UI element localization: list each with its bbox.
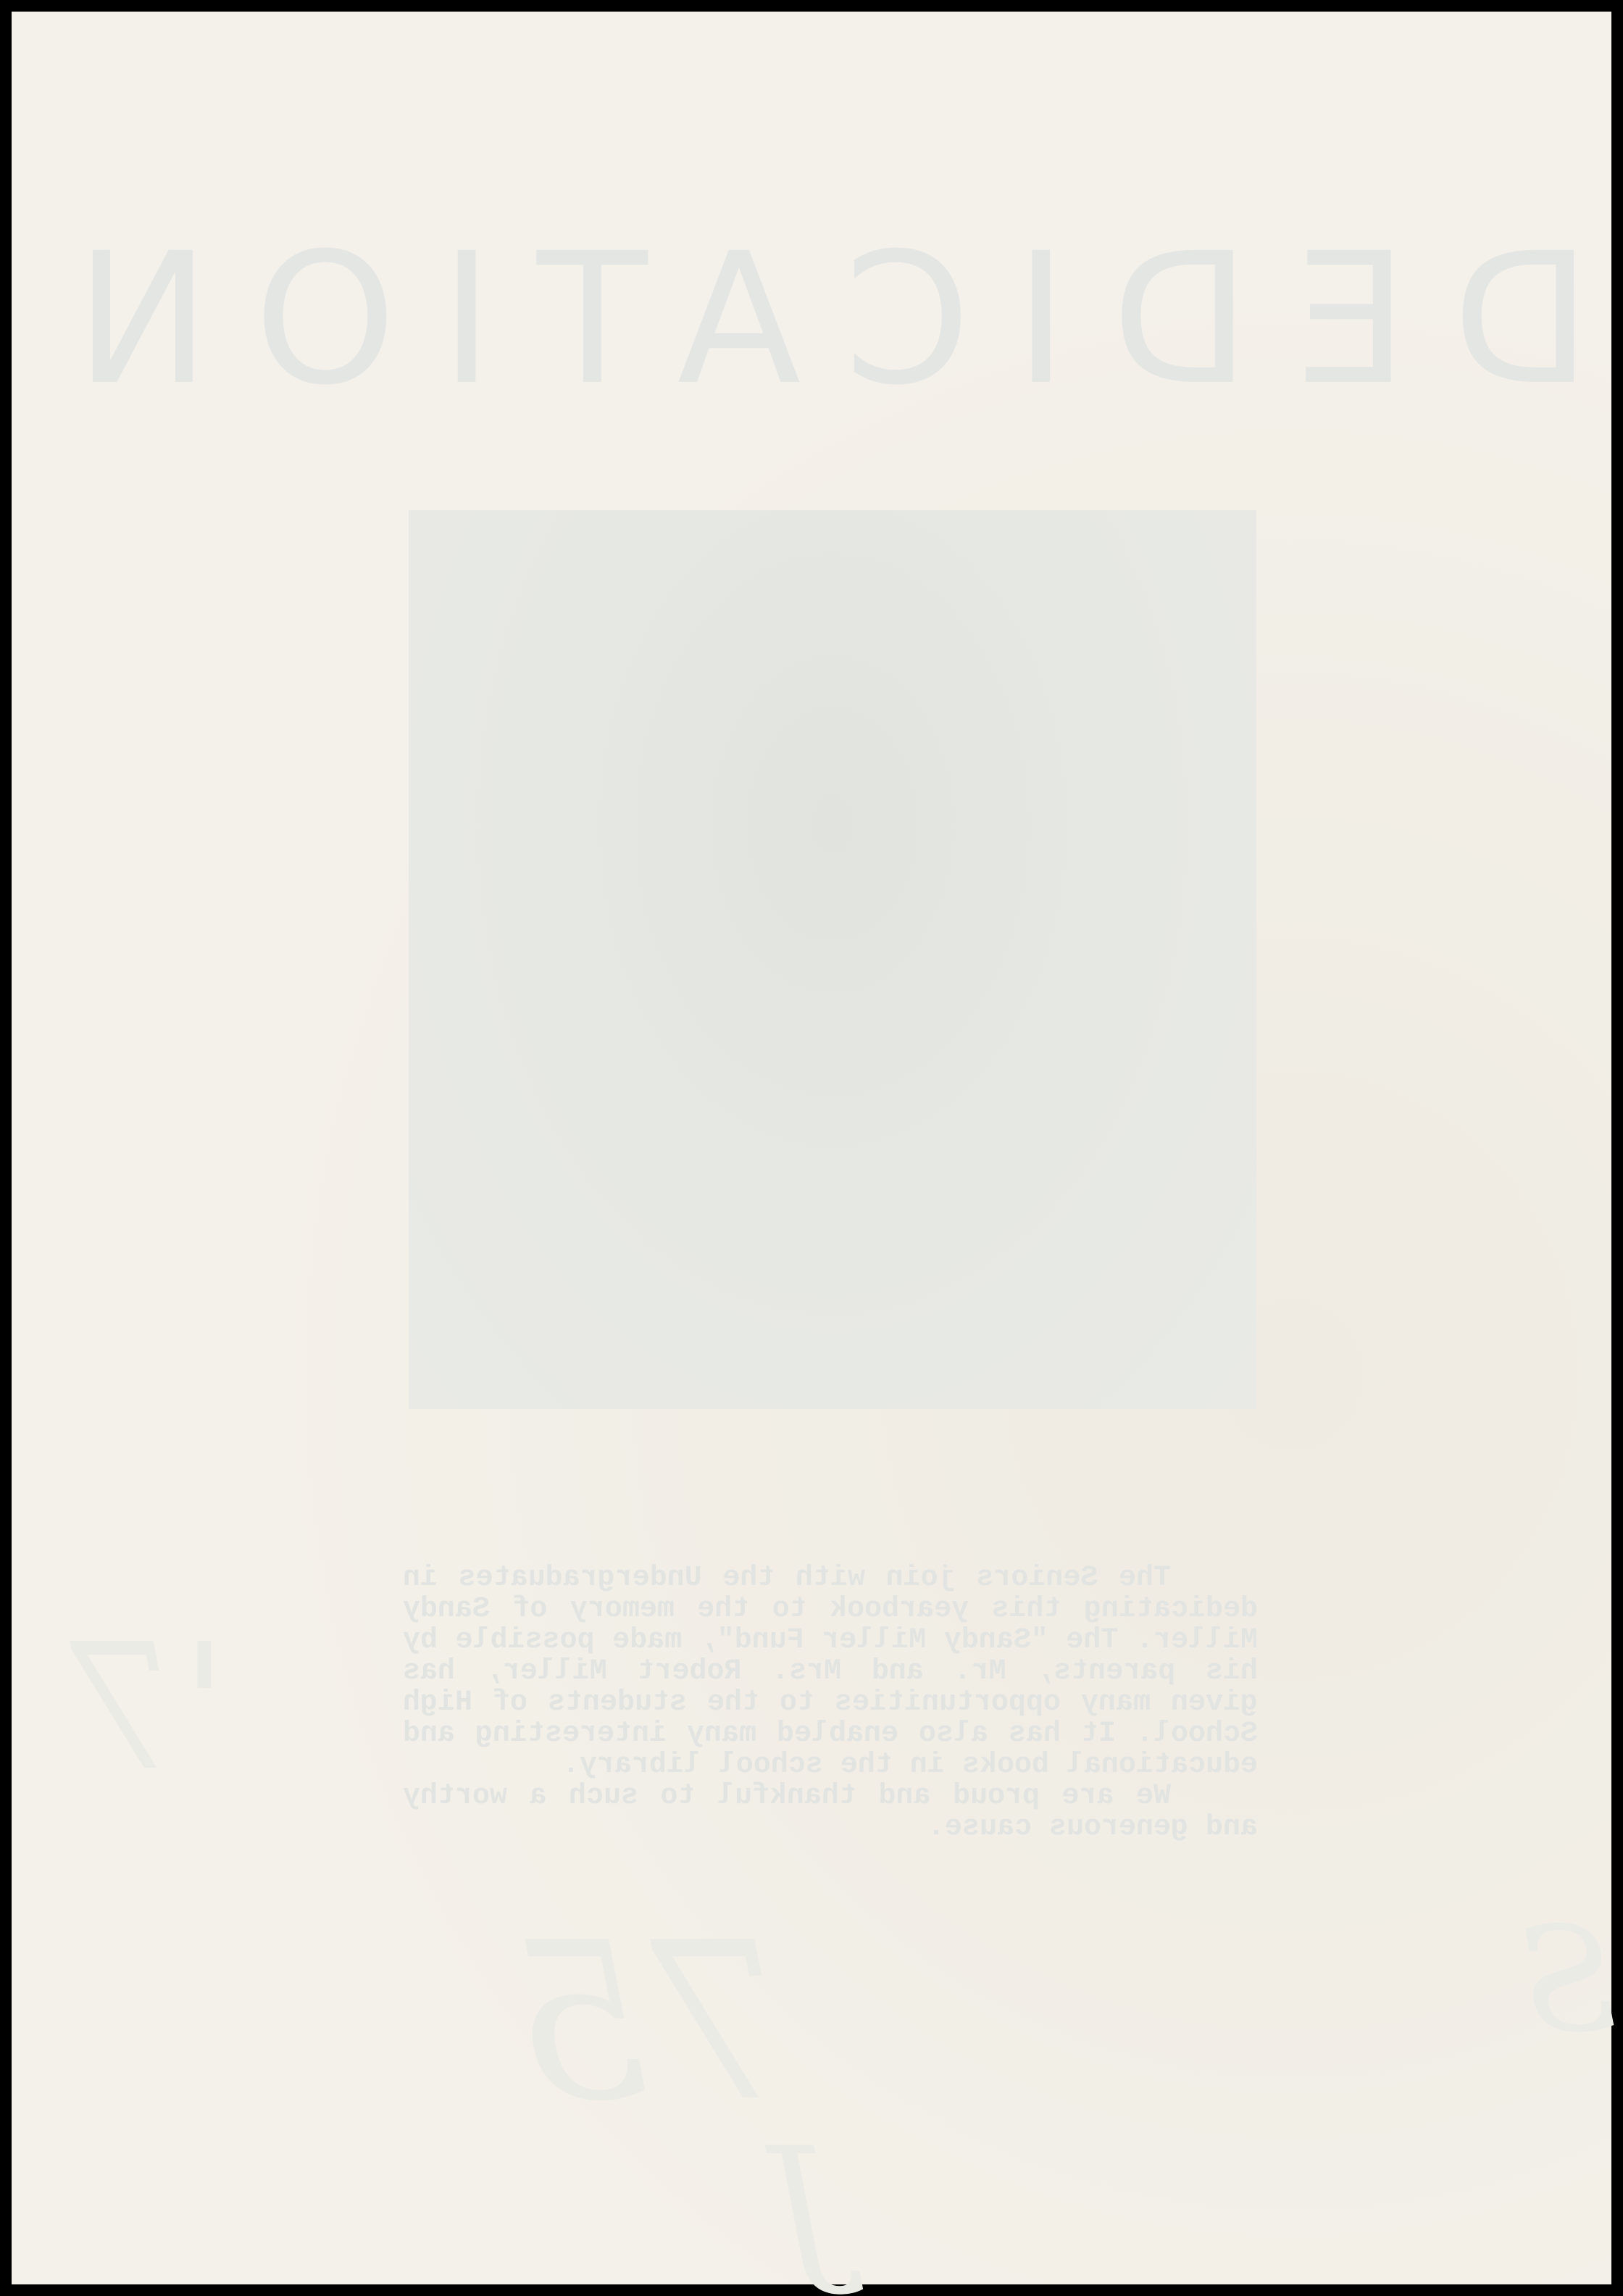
doodle-numeral: 75 — [512, 1896, 788, 2149]
doodle-numeral: '7 — [70, 1606, 228, 1809]
doodle-letter: S — [1519, 1896, 1618, 2065]
page-title: DEDICATION — [12, 229, 1611, 410]
paragraph: We are proud and thankful to such a wort… — [403, 1781, 1258, 1843]
dedication-photo — [409, 510, 1256, 1409]
dedication-text: The Seniors join with the Undergraduates… — [403, 1563, 1258, 1843]
yearbook-page: DEDICATION The Seniors join with the Und… — [12, 12, 1611, 2284]
paragraph: The Seniors join with the Undergraduates… — [403, 1563, 1258, 1781]
doodle-letter: J — [772, 2113, 836, 2296]
